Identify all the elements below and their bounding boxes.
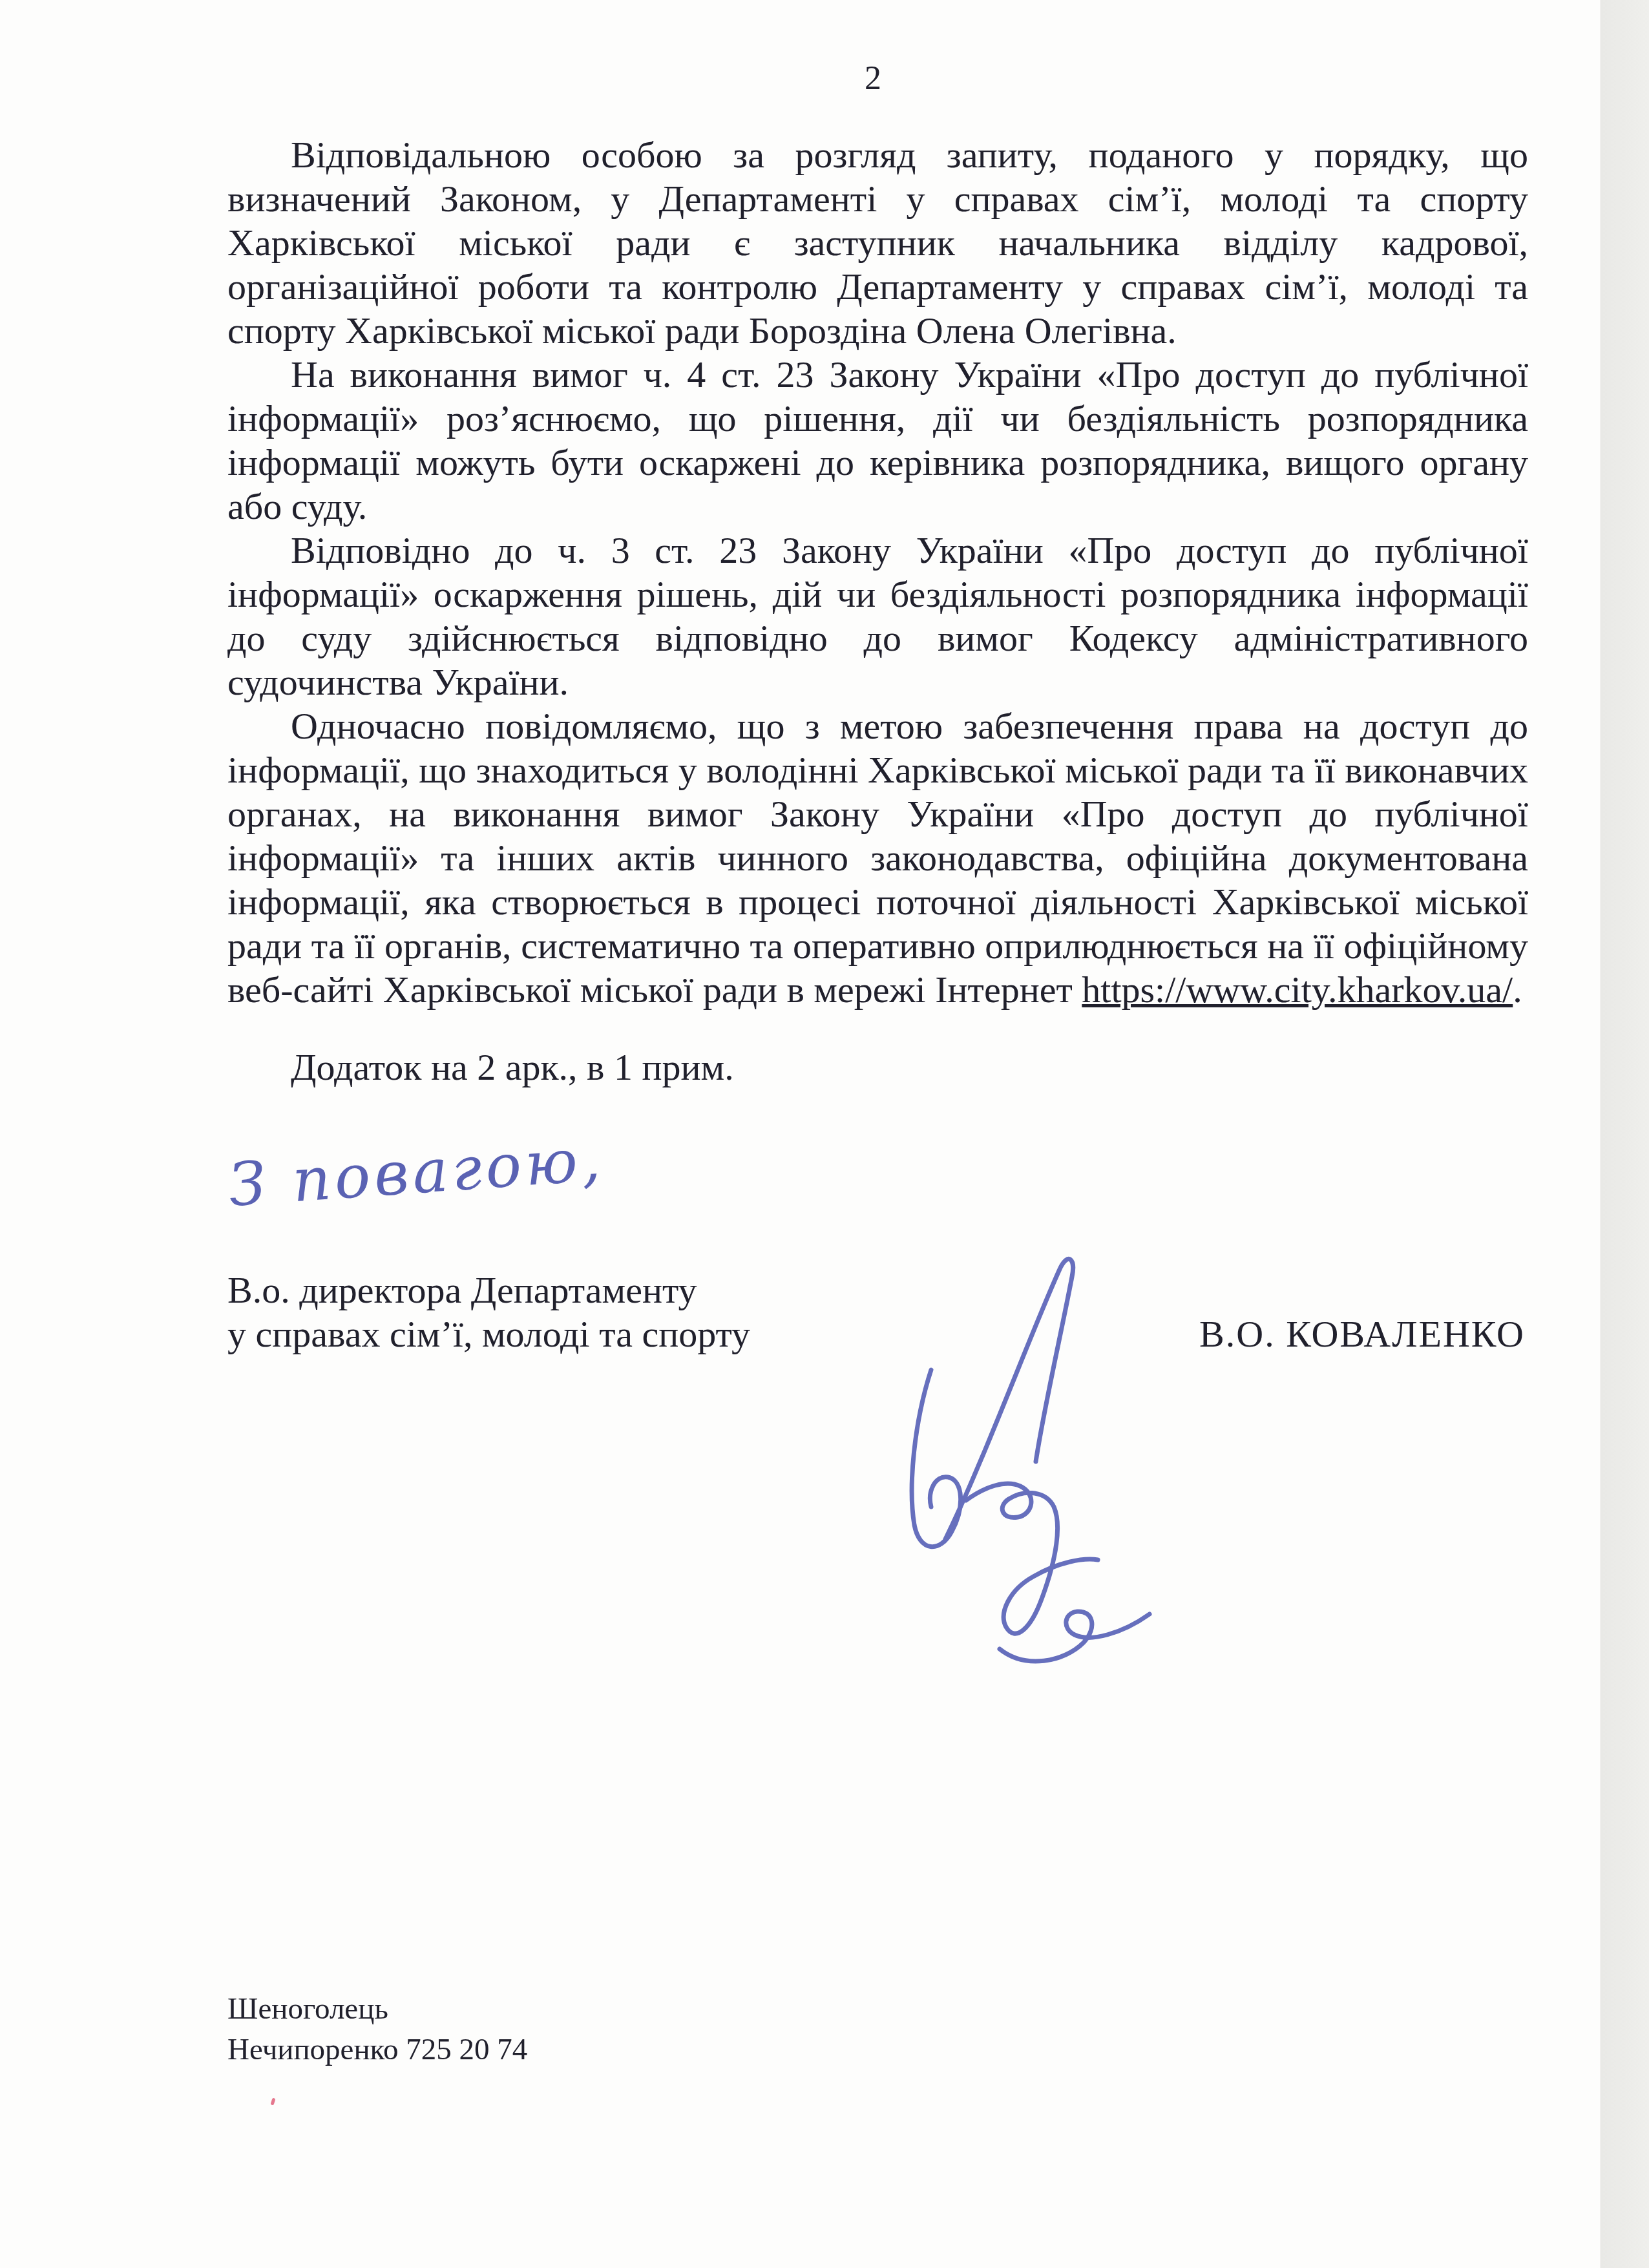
scanned-letter-page: 2 Відповідальною особою за розгляд запит…	[0, 0, 1649, 2268]
paragraph-publication-period: .	[1513, 969, 1522, 1011]
executor-contact: Нечипоренко 725 20 74	[227, 2030, 527, 2070]
signer-name: В.О. КОВАЛЕНКО	[1199, 1312, 1525, 1356]
executor-footer: Шеноголець Нечипоренко 725 20 74	[227, 1989, 527, 2070]
paragraph-court-appeal: Відповідно до ч. 3 ст. 23 Закону України…	[227, 529, 1528, 704]
attachment-note: Додаток на 2 арк., в 1 прим.	[227, 1045, 1528, 1089]
scan-speck	[270, 2097, 275, 2105]
letter-body: Відповідальною особою за розгляд запиту,…	[227, 133, 1528, 1089]
website-link[interactable]: https://www.city.kharkov.ua/	[1082, 969, 1513, 1011]
signer-title: В.о. директора Департаменту у справах сі…	[227, 1268, 750, 1356]
page-number: 2	[865, 62, 881, 96]
paragraph-publication-text: Одночасно повідомляємо, що з метою забез…	[227, 705, 1528, 1011]
paragraph-publication-info: Одночасно повідомляємо, що з метою забез…	[227, 704, 1528, 1012]
handwritten-salutation: З повагою,	[226, 1124, 606, 1221]
paragraph-responsible-person: Відповідальною особою за розгляд запиту,…	[227, 133, 1528, 353]
executor-name: Шеноголець	[227, 1989, 527, 2030]
paragraph-appeal-right: На виконання вимог ч. 4 ст. 23 Закону Ук…	[227, 353, 1528, 529]
signature-scribble	[869, 1254, 1173, 1674]
signer-title-line2: у справах сім’ї, молоді та спорту	[227, 1312, 750, 1356]
signer-title-line1: В.о. директора Департаменту	[227, 1268, 750, 1312]
scanner-edge-band	[1601, 0, 1649, 2268]
